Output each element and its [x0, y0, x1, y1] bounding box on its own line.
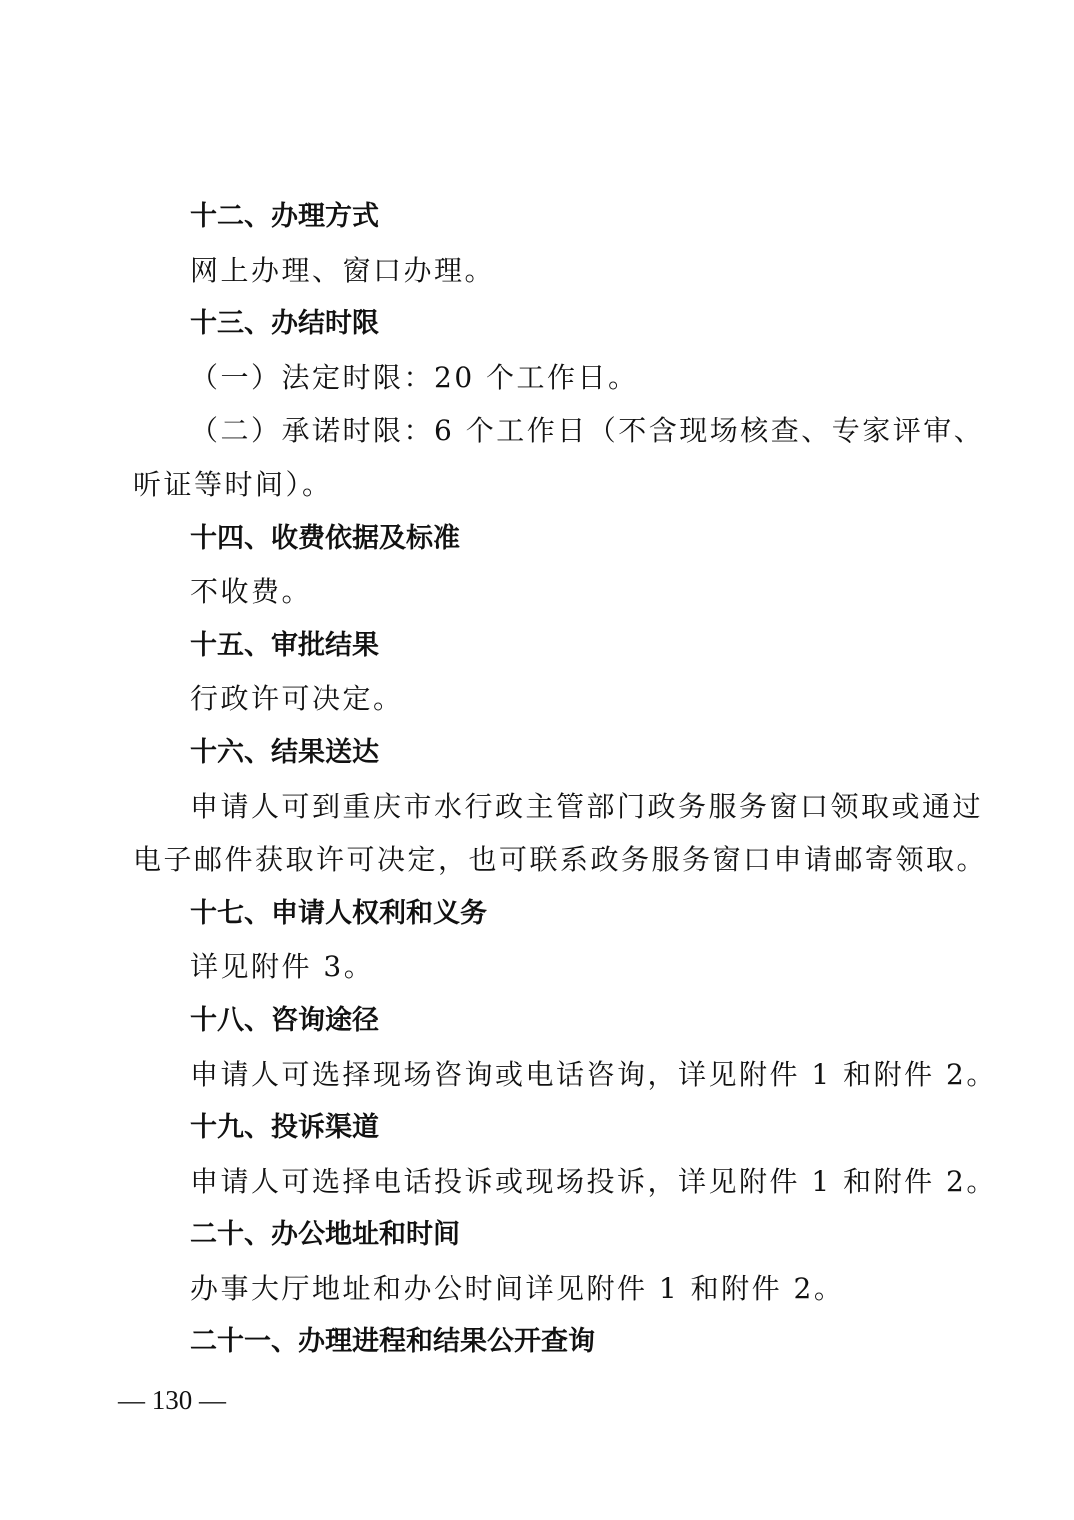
paragraph-line: 网上办理、窗口办理。 — [133, 244, 945, 298]
page-number: — 130 — — [118, 1385, 226, 1416]
paragraph-line: （一）法定时限：20 个工作日。 — [133, 351, 945, 405]
section-heading: 二十、办公地址和时间 — [133, 1208, 945, 1262]
paragraph-line: 办事大厅地址和办公时间详见附件 1 和附件 2。 — [133, 1262, 945, 1316]
paragraph-line: 行政许可决定。 — [133, 672, 945, 726]
section-heading: 十六、结果送达 — [133, 726, 945, 780]
paragraph-line: 详见附件 3。 — [133, 940, 945, 994]
paragraph-line: 申请人可到重庆市水行政主管部门政务服务窗口领取或通过 — [133, 780, 945, 834]
paragraph-line: 申请人可选择现场咨询或电话咨询，详见附件 1 和附件 2。 — [133, 1048, 945, 1102]
section-heading: 十四、收费依据及标准 — [133, 512, 945, 566]
section-heading: 十八、咨询途径 — [133, 994, 945, 1048]
document-body: 十二、办理方式网上办理、窗口办理。十三、办结时限（一）法定时限：20 个工作日。… — [133, 190, 945, 1369]
paragraph-line: 不收费。 — [133, 565, 945, 619]
section-heading: 十二、办理方式 — [133, 190, 945, 244]
paragraph-line: 申请人可选择电话投诉或现场投诉，详见附件 1 和附件 2。 — [133, 1155, 945, 1209]
paragraph-line: 电子邮件获取许可决定，也可联系政务服务窗口申请邮寄领取。 — [133, 833, 945, 887]
section-heading: 十七、申请人权利和义务 — [133, 887, 945, 941]
section-heading: 十三、办结时限 — [133, 297, 945, 351]
paragraph-line: （二）承诺时限：6 个工作日（不含现场核查、专家评审、 — [133, 404, 945, 458]
section-heading: 十九、投诉渠道 — [133, 1101, 945, 1155]
section-heading: 二十一、办理进程和结果公开查询 — [133, 1315, 945, 1369]
paragraph-line: 听证等时间）。 — [133, 458, 945, 512]
section-heading: 十五、审批结果 — [133, 619, 945, 673]
